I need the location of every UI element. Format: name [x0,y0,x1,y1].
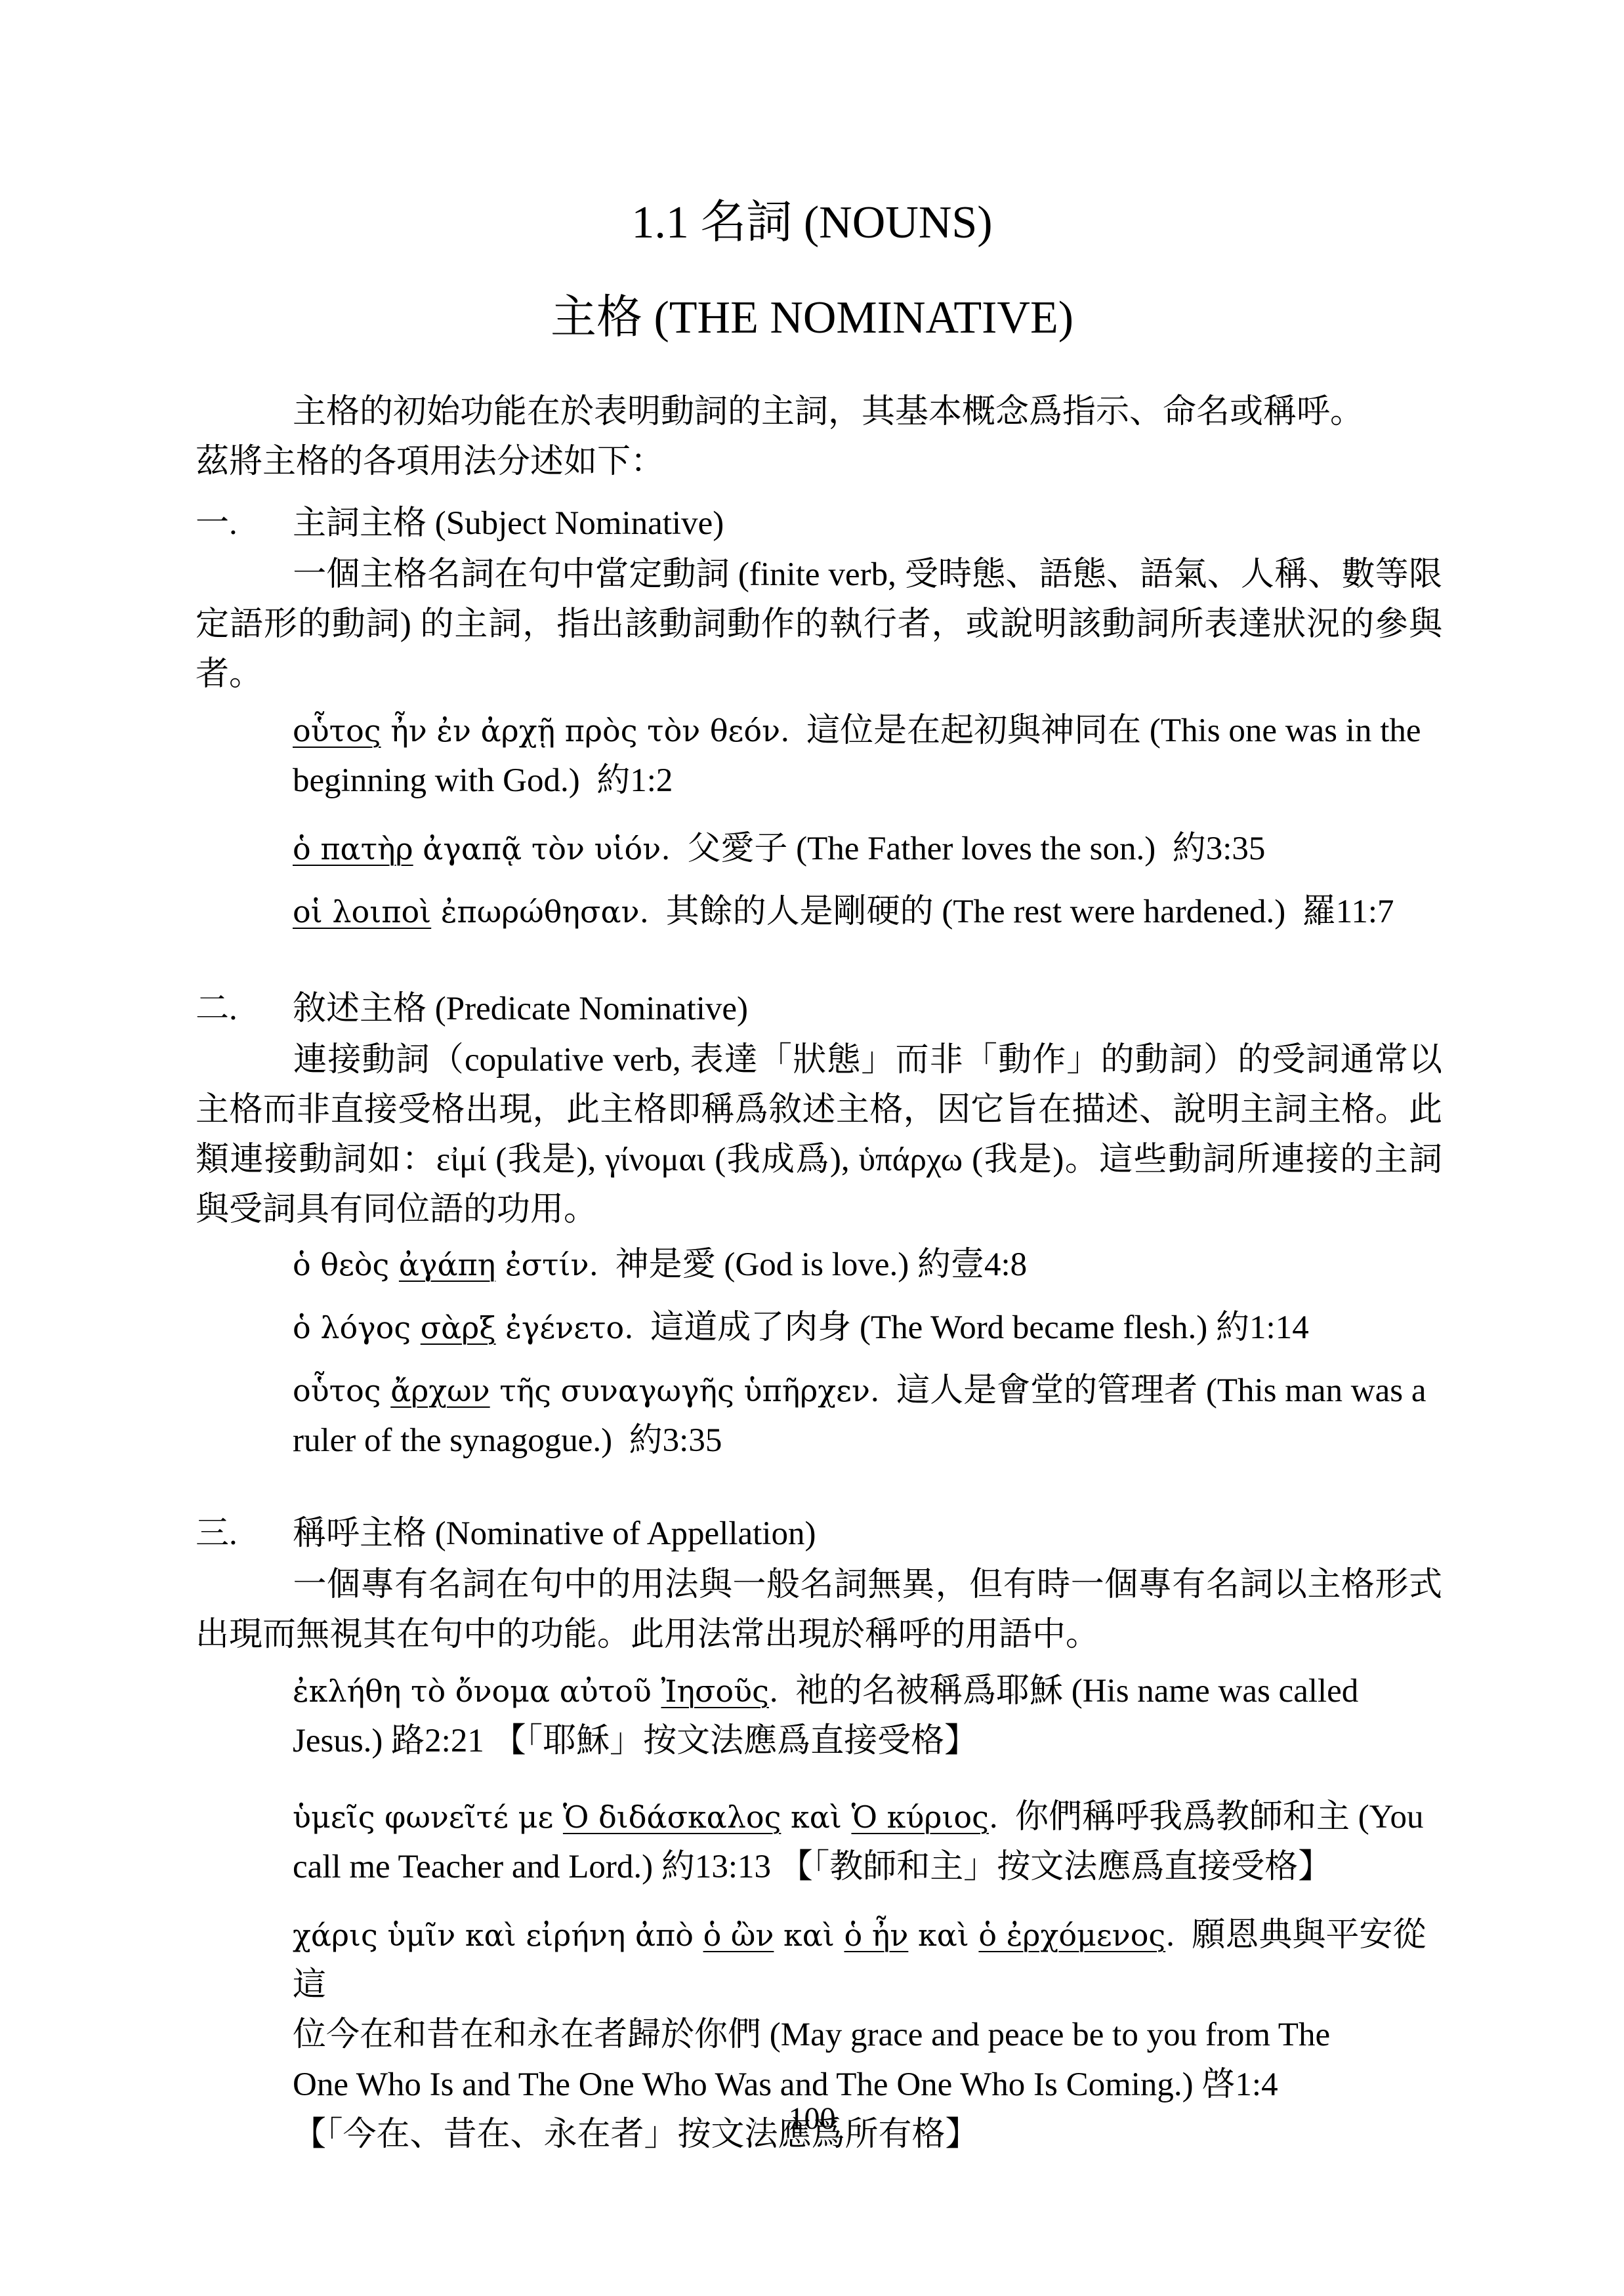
greek-mid: καὶ [774,1917,844,1953]
scripture-reference: 約1:2 [596,762,673,799]
section-body-1: 一個主格名詞在句中當定動詞 (finite verb, 受時態、語態、語氣、人稱… [196,550,1442,699]
intro-line-2: 茲將主格的各項用法分述如下： [196,443,664,480]
section-number: 三. [196,1509,293,1559]
translation: 位今在和昔在和永在者歸於你們 (May grace and peace be t… [293,2017,1330,2053]
section-body-text: 連接動詞（copulative verb, 表達「狀態」而非「動作」的動詞）的受… [196,1042,1442,1228]
section-heading-2: 二.敘述主格 (Predicate Nominative) [196,984,748,1034]
greek-rest: ἦν ἐν ἀρχῇ πρὸς τὸν θεόν. [381,713,790,748]
scripture-reference: 約壹4:8 [917,1246,1027,1283]
example-2-3: οὗτος ἄρχων τῆς συναγωγῆς ὑπῆρχεν. 這人是會堂… [293,1366,1447,1466]
greek-underlined: οἱ λοιποὶ [293,894,431,930]
greek-rest: ἐστίν. [495,1247,598,1282]
greek-pre: ἐκλήθη τὸ ὄνομα αὐτοῦ [293,1673,661,1709]
greek-underlined: Ὁ κύριος [851,1799,988,1835]
section-body-2: 連接動詞（copulative verb, 表達「狀態」而非「動作」的動詞）的受… [196,1035,1442,1235]
greek-underlined: ὁ πατὴρ [293,831,413,867]
greek-text: ἐκλήθη τὸ ὄνομα αὐτοῦ Ἰησοῦς. [293,1673,778,1709]
greek-pre: οὗτος [293,1373,390,1408]
greek-text: οὗτος ἦν ἐν ἀρχῇ πρὸς τὸν θεόν. [293,713,790,748]
intro-paragraph: 主格的初始功能在於表明動詞的主詞，其基本概念爲指示、命名或稱呼。 茲將主格的各項… [196,387,1442,487]
chapter-title: 1.1 名詞 (NOUNS) [0,194,1624,253]
greek-underlined: ἀγάπη [399,1247,495,1282]
section-heading-3: 三.稱呼主格 (Nominative of Appellation) [196,1509,816,1559]
greek-rest: . [1165,1917,1175,1953]
scripture-reference: 啓1:4 [1201,2066,1278,2103]
example-3-1: ἐκλήθη τὸ ὄνομα αὐτοῦ Ἰησοῦς. 祂的名被稱爲耶穌 (… [293,1666,1447,1766]
section-heading-text: 主詞主格 (Subject Nominative) [293,505,724,542]
translation: 這道成了肉身 (The Word became flesh.) [650,1309,1207,1346]
greek-rest: . [989,1799,999,1835]
scripture-reference: 約13:13 [661,1849,771,1885]
grammar-note: 【「教師和主」按文法應爲直接受格】 [780,1849,1332,1885]
grammar-note: 【「耶穌」按文法應爲直接受格】 [493,1723,978,1759]
section-heading-text: 稱呼主格 (Nominative of Appellation) [293,1515,816,1552]
scripture-reference: 約3:35 [1173,830,1266,867]
greek-underlined: Ἰησοῦς [661,1673,768,1709]
section-title: 主格 (THE NOMINATIVE) [0,289,1624,348]
greek-text: ὁ θεὸς ἀγάπη ἐστίν. [293,1247,598,1282]
greek-rest: ἐπωρώθησαν. [431,894,649,930]
greek-rest: ἀγαπᾷ τὸν υἱόν. [413,831,671,867]
greek-underlined: ὁ ἦν [844,1917,908,1953]
example-3-2: ὑμεῖς φωνεῖτέ με Ὁ διδάσκαλος καὶ Ὁ κύρι… [293,1792,1447,1892]
scripture-reference: 路2:21 [391,1723,484,1759]
greek-underlined: οὗτος [293,713,381,748]
greek-mid: καὶ [781,1799,851,1835]
section-body-3: 一個專有名詞在句中的用法與一般名詞無異，但有時一個專有名詞以主格形式出現而無視其… [196,1560,1442,1660]
example-2-1: ὁ θεὸς ἀγάπη ἐστίν. 神是愛 (God is love.) 約… [293,1240,1447,1290]
translation: 父愛子 (The Father loves the son.) [687,830,1156,867]
greek-mid: καὶ [908,1917,978,1953]
scripture-reference: 羅11:7 [1302,893,1394,930]
greek-pre: ὑμεῖς φωνεῖτέ με [293,1799,563,1835]
greek-text: οἱ λοιποὶ ἐπωρώθησαν. [293,894,649,930]
section-body-text: 一個專有名詞在句中的用法與一般名詞無異，但有時一個專有名詞以主格形式出現而無視其… [196,1567,1442,1653]
greek-pre: ὁ θεὸς [293,1247,399,1282]
translation: One Who Is and The One Who Was and The O… [293,2066,1194,2103]
greek-rest: ἐγένετο. [496,1310,634,1345]
greek-text: ὑμεῖς φωνεῖτέ με Ὁ διδάσκαλος καὶ Ὁ κύρι… [293,1799,999,1835]
translation: 神是愛 (God is love.) [615,1246,909,1283]
greek-text: οὗτος ἄρχων τῆς συναγωγῆς ὑπῆρχεν. [293,1373,880,1408]
greek-underlined: ἄρχων [390,1373,489,1408]
example-1-1: οὗτος ἦν ἐν ἀρχῇ πρὸς τὸν θεόν. 這位是在起初與神… [293,706,1447,806]
greek-rest: . [769,1673,779,1709]
greek-pre: χάρις ὑμῖν καὶ εἰρήνη ἀπὸ [293,1917,703,1953]
greek-text: ὁ λόγος σὰρξ ἐγένετο. [293,1310,634,1345]
example-1-3: οἱ λοιποὶ ἐπωρώθησαν. 其餘的人是剛硬的 (The rest… [293,887,1447,937]
greek-rest: τῆς συναγωγῆς ὑπῆρχεν. [490,1373,880,1408]
greek-text: χάρις ὑμῖν καὶ εἰρήνη ἀπὸ ὁ ὢν καὶ ὁ ἦν … [293,1917,1175,1953]
intro-line-1: 主格的初始功能在於表明動詞的主詞，其基本概念爲指示、命名或稱呼。 [293,394,1364,430]
example-1-2: ὁ πατὴρ ἀγαπᾷ τὸν υἱόν. 父愛子 (The Father … [293,824,1447,874]
translation: 其餘的人是剛硬的 (The rest were hardened.) [666,893,1286,930]
section-body-text: 一個主格名詞在句中當定動詞 (finite verb, 受時態、語態、語氣、人稱… [196,556,1442,693]
section-heading-text: 敘述主格 (Predicate Nominative) [293,991,748,1027]
greek-underlined: ὁ ἐρχόμενος [978,1917,1165,1953]
section-heading-1: 一.主詞主格 (Subject Nominative) [196,499,724,548]
example-2-2: ὁ λόγος σὰρξ ἐγένετο. 這道成了肉身 (The Word b… [293,1303,1447,1353]
section-number: 二. [196,984,293,1034]
greek-pre: ὁ λόγος [293,1310,421,1345]
page-number: 100 [0,2099,1624,2139]
greek-underlined: ὁ ὢν [703,1917,774,1953]
section-number: 一. [196,499,293,548]
greek-underlined: σὰρξ [421,1310,496,1345]
scripture-reference: 約3:35 [629,1422,722,1459]
greek-text: ὁ πατὴρ ἀγαπᾷ τὸν υἱόν. [293,831,671,867]
scripture-reference: 約1:14 [1216,1309,1309,1346]
greek-underlined: Ὁ διδάσκαλος [563,1799,781,1835]
